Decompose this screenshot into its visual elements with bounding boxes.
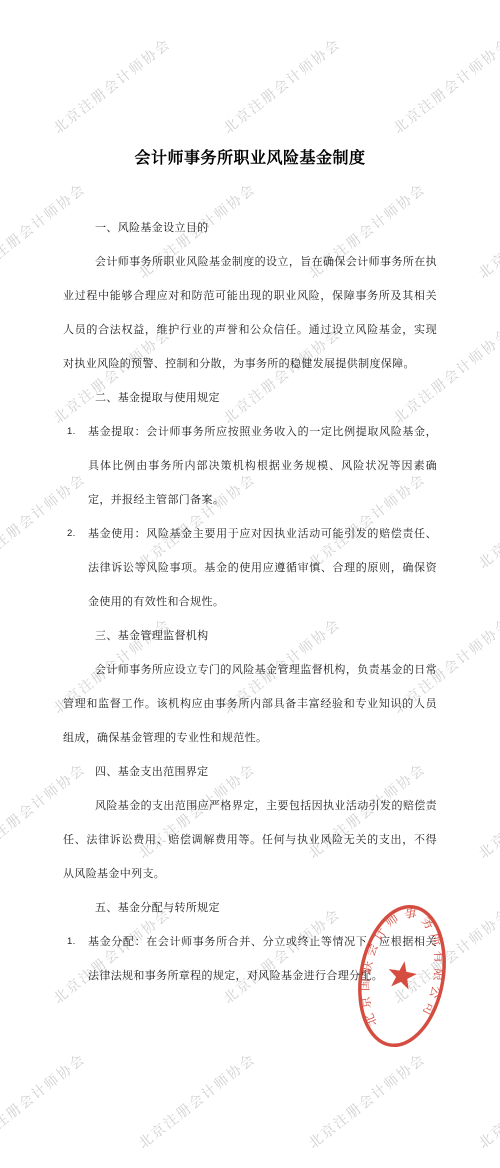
- section-heading: 四、基金支出范围界定: [63, 755, 437, 789]
- document-content: 会计师事务所职业风险基金制度 一、风险基金设立目的会计师事务所职业风险基金制度的…: [0, 0, 500, 993]
- list-text: 基金提取：会计师事务所应按照业务收入的一定比例提取风险基金，具体比例由事务所内部…: [88, 426, 437, 506]
- document-page: 北京注册会计师协会北京注册会计师协会北京注册会计师协会北京注册会计师协会北京注册…: [0, 0, 500, 1168]
- paragraph: 会计师事务所应设立专门的风险基金管理监督机构，负责基金的日常管理和监督工作。该机…: [63, 653, 437, 755]
- list-text: 基金使用：风险基金主要用于应对因执业活动可能引发的赔偿责任、法律诉讼等风险事项。…: [88, 528, 437, 608]
- section-heading: 五、基金分配与转所规定: [63, 891, 437, 925]
- section-heading: 三、基金管理监督机构: [63, 619, 437, 653]
- watermark-text: 北京注册会计师协会: [304, 1048, 430, 1152]
- watermark-text: 北京注册会计师协会: [0, 1048, 90, 1152]
- watermark-text: 北京注册会计师协会: [474, 1048, 500, 1152]
- watermark-text: 北京注册会计师协会: [134, 1048, 260, 1152]
- paragraph: 风险基金的支出范围应严格界定，主要包括因执业活动引发的赔偿责任、法律诉讼费用、赔…: [63, 789, 437, 891]
- list-number: 1.: [67, 415, 76, 449]
- list-text: 基金分配：在会计师事务所合并、分立或终止等情况下，应根据相关法律法规和事务所章程…: [88, 936, 437, 982]
- numbered-list-item: 2.基金使用：风险基金主要用于应对因执业活动可能引发的赔偿责任、法律诉讼等风险事…: [63, 517, 437, 619]
- paragraph: 会计师事务所职业风险基金制度的设立，旨在确保会计师事务所在执业过程中能够合理应对…: [63, 245, 437, 381]
- list-number: 2.: [67, 517, 76, 551]
- list-number: 1.: [67, 925, 76, 959]
- document-body: 一、风险基金设立目的会计师事务所职业风险基金制度的设立，旨在确保会计师事务所在执…: [63, 211, 437, 993]
- section-heading: 二、基金提取与使用规定: [63, 381, 437, 415]
- section-heading: 一、风险基金设立目的: [63, 211, 437, 245]
- document-title: 会计师事务所职业风险基金制度: [63, 146, 437, 172]
- numbered-list-item: 1.基金提取：会计师事务所应按照业务收入的一定比例提取风险基金，具体比例由事务所…: [63, 415, 437, 517]
- numbered-list-item: 1.基金分配：在会计师事务所合并、分立或终止等情况下，应根据相关法律法规和事务所…: [63, 925, 437, 993]
